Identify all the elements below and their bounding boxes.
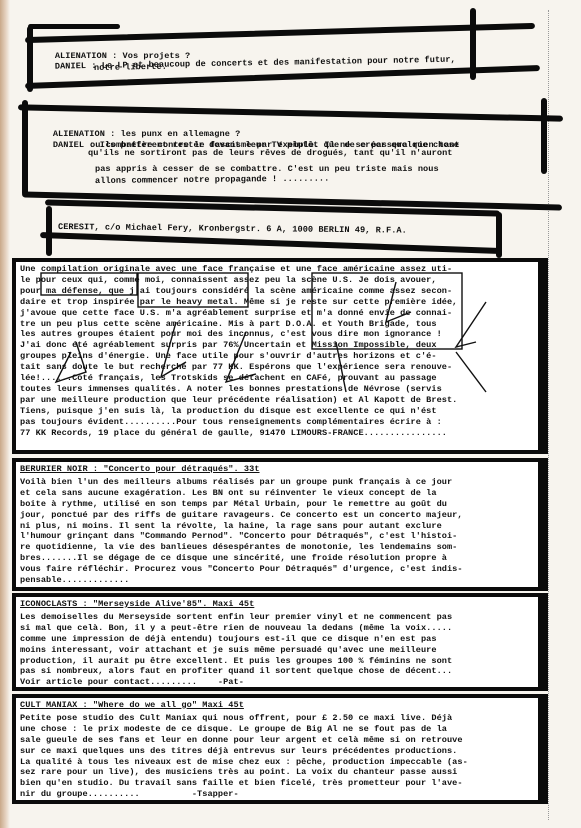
review-line: sez rare pour un live), des musiciens tr… xyxy=(20,767,534,778)
review-line: re quotidienne, la vie des banlieues dés… xyxy=(20,542,534,553)
review-line: 77 KK Records, 19 place du général de ga… xyxy=(20,428,534,439)
answer-line: allons commencer notre propagande ! ....… xyxy=(95,174,329,187)
frame-bar xyxy=(22,100,28,196)
review-line: sur ce maxi quelques uns des titres déjà… xyxy=(20,746,534,757)
review-line: une chose : le prix modeste de ce disque… xyxy=(20,724,534,735)
review-line: Une compilation originale avec une face … xyxy=(20,264,534,275)
review-line: pour ma défense, que j'ai toujours consi… xyxy=(20,286,534,297)
review-line: pas toujours évident..........Pour tous … xyxy=(20,417,534,428)
review-line: les autres groupes étaient pour moi des … xyxy=(20,329,534,340)
speaker-label: DANIEL xyxy=(55,61,86,72)
review-line: j'avoue que cette face U.S. m'a agréable… xyxy=(20,308,534,319)
speaker-label: DANIEL xyxy=(53,140,84,150)
review-line: bien qu'en studio. Du travail sans faill… xyxy=(20,778,534,789)
review-body: Voilà bien l'un des meilleurs albums réa… xyxy=(16,475,538,586)
review-line: par une meilleure production que leur pr… xyxy=(20,395,534,406)
review-title: CULT MANIAX : "Where do we all go" Maxi … xyxy=(16,698,538,711)
answer-line: notre liberté. xyxy=(94,62,167,74)
frame-bar xyxy=(541,98,547,174)
frame-bar xyxy=(470,8,476,80)
review-line: si mal que celà. Bon, il y a peut-être r… xyxy=(20,623,534,634)
review-berurier-noir: BERURIER NOIR : "Concerto pour détraqués… xyxy=(12,458,548,591)
review-line: le pour ceux qui, comme moi, connaissent… xyxy=(20,275,534,286)
review-line: ni plus, ni moins. Il sent la révolte, l… xyxy=(20,521,534,532)
review-line: pensable............. xyxy=(20,575,534,586)
review-iconoclasts: ICONOCLASTS : "Merseyside Alive'85". Max… xyxy=(12,593,548,691)
review-line: Tiens, puisque j'en suis là, la producti… xyxy=(20,406,534,417)
page-left-edge xyxy=(0,0,10,828)
review-line: Les demoiselles du Merseyside sortent en… xyxy=(20,612,534,623)
review-body: Une compilation originale avec une face … xyxy=(16,262,538,439)
review-title: ICONOCLASTS : "Merseyside Alive'85". Max… xyxy=(16,597,538,610)
review-line: Petite pose studio des Cult Maniax qui n… xyxy=(20,713,534,724)
review-line: Voir article pour contact......... -Pat- xyxy=(20,677,534,688)
review-line: daire et trop inspirée par le heavy meta… xyxy=(20,297,534,308)
frame-bar xyxy=(496,212,502,258)
review-line: lée!......Coté français, les Trotskids s… xyxy=(20,373,534,384)
review-line: pas si nombreux, alors faut en profiter … xyxy=(20,666,534,677)
review-line: boite à rythme, utilisé en son temps par… xyxy=(20,499,534,510)
review-line: toutes leurs immenses qualités. A noter … xyxy=(20,384,534,395)
review-line: Voilà bien l'un des meilleurs albums réa… xyxy=(20,477,534,488)
review-line: sale gueule de ses fans et leur en donne… xyxy=(20,735,534,746)
review-line: production, il aurait pu être excellent.… xyxy=(20,656,534,667)
review-line: La qualité à tous les niveaux est de mis… xyxy=(20,757,534,768)
review-line: jour, ponctué par des riffs de guitare r… xyxy=(20,510,534,521)
review-line: tait sans doute le but recherché par 77 … xyxy=(20,362,534,373)
frame-bar xyxy=(28,24,120,29)
review-line: vous faire réfléchir. Procurez vous "Con… xyxy=(20,564,534,575)
review-title: BERURIER NOIR : "Concerto pour détraqués… xyxy=(16,462,538,475)
review-line: bres.......Il se dégage de ce disque une… xyxy=(20,553,534,564)
answer-line: qu'ils ne sortiront pas de leurs rêves d… xyxy=(88,148,453,159)
review-body: Les demoiselles du Merseyside sortent en… xyxy=(16,610,538,688)
review-line: tre un peu plus cette scène américaine. … xyxy=(20,319,534,330)
review-line: l'humour grinçant dans "Commando Pernod"… xyxy=(20,531,534,542)
review-line: moins interessant, voir attachant et je … xyxy=(20,645,534,656)
review-line: J'ai donc été agréablement surpris par 7… xyxy=(20,340,534,351)
page-right-rule xyxy=(548,10,550,820)
frame-bar xyxy=(27,26,33,92)
review-line: comme une impression de déjà entendu) to… xyxy=(20,634,534,645)
review-body: Petite pose studio des Cult Maniax qui n… xyxy=(16,711,538,800)
review-line: et cela sans aucune exagération. Les BN … xyxy=(20,488,534,499)
frame-bar xyxy=(40,232,500,254)
review-cult-maniax: CULT MANIAX : "Where do we all go" Maxi … xyxy=(12,694,548,804)
review-line: groupes pleins d'énergie. Une face utile… xyxy=(20,351,534,362)
review-compilation: Une compilation originale avec une face … xyxy=(12,258,548,454)
frame-bar xyxy=(46,206,52,256)
review-line: nir du groupe.......... -Tsapper- xyxy=(20,789,534,800)
